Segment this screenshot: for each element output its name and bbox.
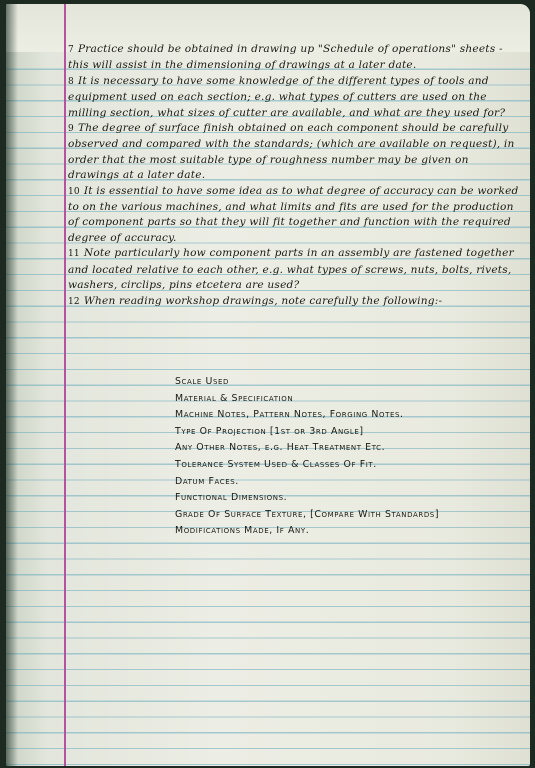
checklist-item: Modifications Made, If Any. [175, 523, 525, 540]
binding-shadow [6, 4, 18, 766]
note-paragraph-10: 10It is essential to have some idea as t… [68, 184, 520, 247]
checklist-item: Machine Notes, Pattern Notes, Forging No… [175, 407, 525, 424]
checklist-item: Any Other Notes, e.g. Heat Treatment Etc… [175, 440, 525, 457]
checklist-item: Datum Faces. [175, 474, 525, 491]
checklist-item: Grade Of Surface Texture, [Compare With … [175, 507, 525, 524]
checklist-item: Tolerance System Used & Classes Of Fit. [175, 457, 525, 474]
paragraph-number: 10 [68, 187, 80, 197]
margin-line [64, 4, 66, 766]
paragraph-number: 7 [68, 45, 74, 55]
handwritten-notes: 7Practice should be obtained in drawing … [68, 42, 520, 310]
checklist-item: Functional Dimensions. [175, 490, 525, 507]
note-paragraph-11: 11Note particularly how component parts … [68, 246, 520, 293]
paragraph-number: 8 [68, 77, 74, 87]
note-paragraph-7: 7Practice should be obtained in drawing … [68, 42, 520, 74]
note-paragraph-8: 8It is necessary to have some knowledge … [68, 74, 520, 121]
checklist-item: Scale Used [175, 374, 525, 391]
paragraph-number: 9 [68, 124, 74, 134]
checklist-item: Material & Specification [175, 391, 525, 408]
paragraph-number: 12 [68, 297, 80, 307]
checklist-item: Type Of Projection [1st or 3rd Angle] [175, 424, 525, 441]
note-paragraph-9: 9The degree of surface finish obtained o… [68, 121, 520, 184]
note-paragraph-12: 12When reading workshop drawings, note c… [68, 294, 520, 310]
drawing-checklist: Scale Used Material & Specification Mach… [175, 374, 525, 540]
paragraph-number: 11 [68, 249, 80, 259]
